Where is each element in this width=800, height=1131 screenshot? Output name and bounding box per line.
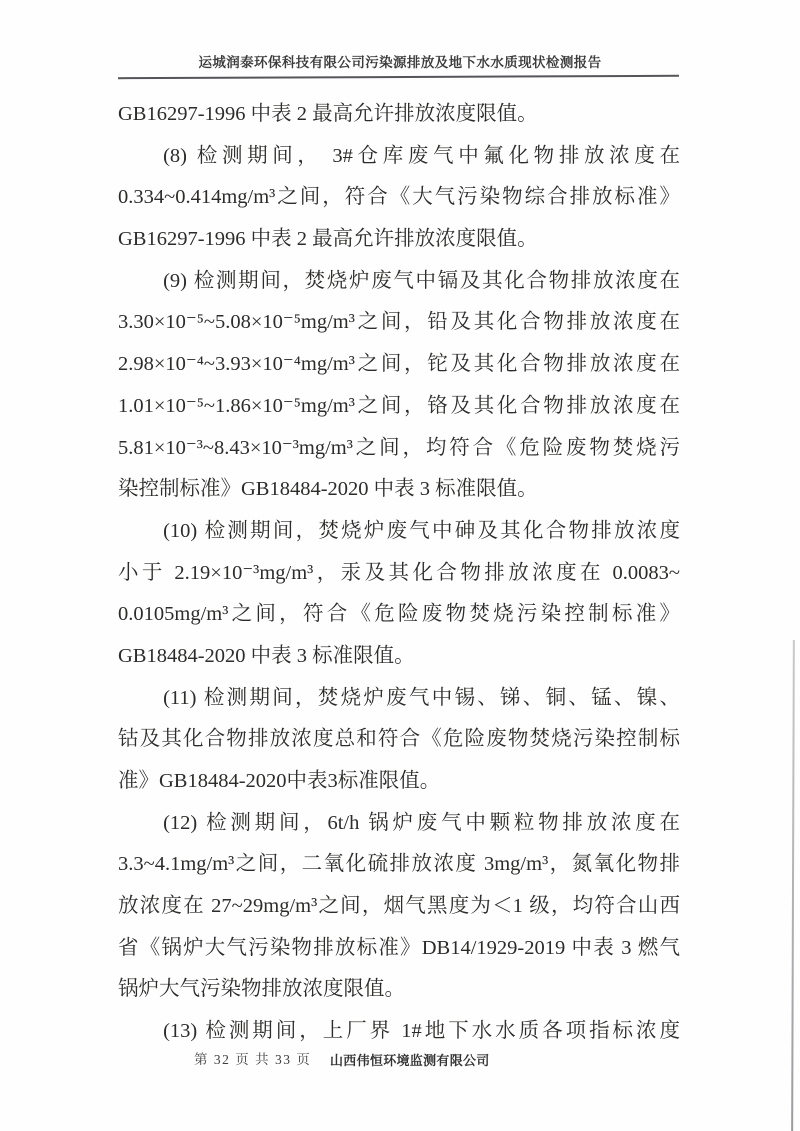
body-line: GB16297-1996 中表 2 最高允许排放浓度限值。 (118, 94, 680, 136)
body-line: GB16297-1996 中表 2 最高允许排放浓度限值。 (118, 219, 680, 261)
document-page: 运城润泰环保科技有限公司污染源排放及地下水水质现状检测报告 GB16297-19… (0, 0, 800, 1131)
body-line: 0.334~0.414mg/m³之间，符合《大气污染物综合排放标准》 (118, 177, 680, 219)
body-line: (10) 检测期间，焚烧炉废气中砷及其化合物排放浓度 (118, 511, 680, 553)
body-line: 3.30×10⁻⁵~5.08×10⁻⁵mg/m³之间，铅及其化合物排放浓度在 (118, 302, 680, 344)
page-footer: 第 32 页 共 33 页 山西伟恒环境监测有限公司 (0, 1047, 800, 1071)
body-line: (8) 检测期间， 3#仓库废气中氟化物排放浓度在 (118, 136, 680, 178)
body-line: (12) 检测期间，6t/h 锅炉废气中颗粒物排放浓度在 (118, 803, 680, 845)
body-line: 放浓度在 27~29mg/m³之间，烟气黑度为＜1 级，均符合山西 (118, 886, 680, 928)
body-line: (11) 检测期间，焚烧炉废气中锡、锑、铜、锰、镍、 (118, 678, 680, 720)
report-header-title: 运城润泰环保科技有限公司污染源排放及地下水水质现状检测报告 (0, 51, 800, 71)
body-line: 3.3~4.1mg/m³之间，二氧化硫排放浓度 3mg/m³，氮氧化物排 (118, 844, 680, 886)
footer-page-number: 第 32 页 共 33 页 (194, 1048, 311, 1068)
footer-company-name: 山西伟恒环境监测有限公司 (330, 1050, 490, 1069)
body-line: (9) 检测期间，焚烧炉废气中镉及其化合物排放浓度在 (118, 261, 680, 303)
body-line: 省《锅炉大气污染物排放标准》DB14/1929-2019 中表 3 燃气 (118, 928, 680, 970)
body-line: 小于 2.19×10⁻³mg/m³，汞及其化合物排放浓度在 0.0083~ (118, 553, 680, 595)
body-line: 1.01×10⁻⁵~1.86×10⁻⁵mg/m³之间，铬及其化合物排放浓度在 (118, 386, 680, 428)
body-line: 染控制标准》GB18484-2020 中表 3 标准限值。 (118, 469, 680, 511)
body-line: 5.81×10⁻³~8.43×10⁻³mg/m³之间，均符合《危险废物焚烧污 (118, 428, 680, 470)
body-line: 0.0105mg/m³之间，符合《危险废物焚烧污染控制标准》 (118, 594, 680, 636)
body-line: GB18484-2020 中表 3 标准限值。 (118, 636, 680, 678)
body-line: 2.98×10⁻⁴~3.93×10⁻⁴mg/m³之间，铊及其化合物排放浓度在 (118, 344, 680, 386)
report-body: GB16297-1996 中表 2 最高允许排放浓度限值。 (8) 检测期间， … (118, 94, 680, 1053)
body-line: 准》GB18484-2020中表3标准限值。 (118, 761, 680, 803)
body-line: 钴及其化合物排放浓度总和符合《危险废物焚烧污染控制标 (118, 719, 680, 761)
body-line: 锅炉大气污染物排放浓度限值。 (118, 969, 680, 1011)
header-rule (118, 75, 679, 79)
